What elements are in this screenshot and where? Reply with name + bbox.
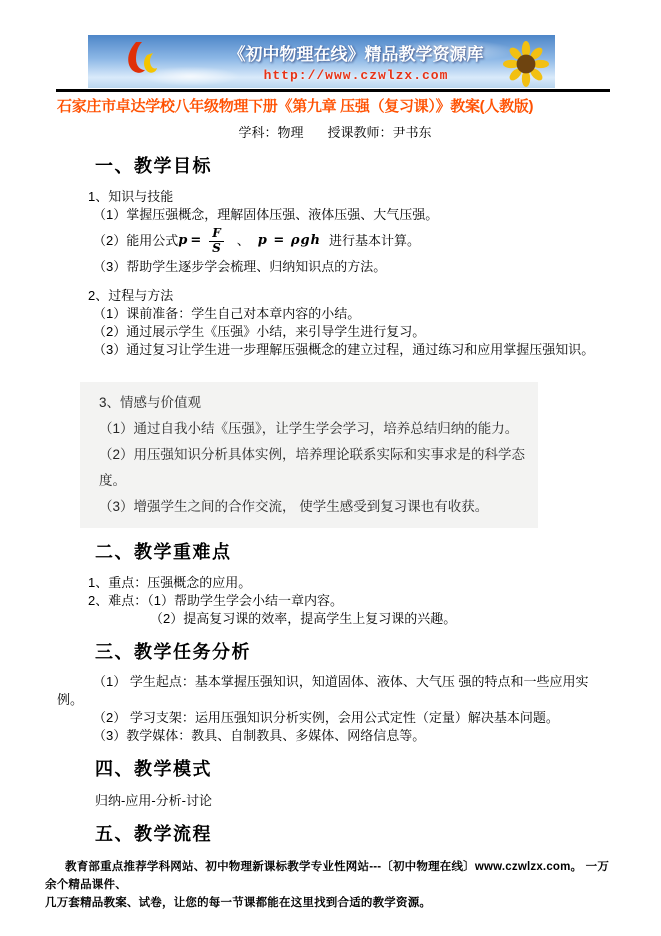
knowledge-item-2: （2）能用公式 p = F S 、 p = ρgh 进行基本计算。 (93, 224, 613, 258)
document-body: 石家庄市卓达学校八年级物理下册《第九章 压强（复习课）》教案(人教版) 学科：物… (57, 98, 613, 845)
knowledge-item-3: （3）帮助学生逐步学会梳理、归纳知识点的方法。 (93, 258, 613, 276)
section-heading-mode: 四、教学模式 (95, 758, 613, 780)
process-item-3: （3）通过复习让学生进一步理解压强概念的建立过程，通过练习和应用掌握压强知识。 (57, 341, 613, 359)
meta-teacher: 授课教师：尹书东 (328, 125, 432, 140)
process-item-2: （2）通过展示学生《压强》小结，来引导学生进行复习。 (93, 323, 613, 341)
subsection-process-title: 2、过程与方法 (88, 287, 613, 305)
liquid-pressure-formula: p = ρgh (258, 232, 321, 250)
emotion-item-3: （3）增强学生之间的合作交流， 使学生感受到复习课也有收获。 (99, 494, 532, 520)
page-footer: 教育部重点推荐学科网站、初中物理新课标教学专业性网站---〔初中物理在线〕www… (45, 858, 620, 912)
task-item-1: （1） 学生起点：基本掌握压强知识，知道固体、液体、大气压 强的特点和一些应用实… (57, 673, 613, 709)
section-heading-flow: 五、教学流程 (95, 823, 613, 845)
emotion-item-1: （1）通过自我小结《压强》，让学生学会学习，培养总结归纳的能力。 (99, 416, 532, 442)
task-item-3: （3）教学媒体：教具、自制教具、多媒体、网络信息等。 (93, 727, 613, 745)
banner-site-url: http://www.czwlzx.com (206, 68, 506, 83)
footer-line-2: 几万套精品教案、试卷，让您的每一节课都能在这里找到合适的教学资源。 (45, 894, 620, 912)
key-point-item-2: 2、难点：（1）帮助学生学会小结一章内容。 (88, 592, 613, 610)
task-item-2: （2） 学习支架：运用压强知识分析实例，会用公式定性（定量）解决基本问题。 (93, 709, 613, 727)
fraction-numerator: F (209, 227, 224, 242)
section-heading-task-analysis: 三、教学任务分析 (95, 641, 613, 663)
mode-content: 归纳-应用-分析-讨论 (95, 792, 613, 810)
section-heading-key-points: 二、教学重难点 (95, 541, 613, 563)
document-meta: 学科：物理授课教师：尹书东 (57, 124, 613, 142)
header-divider (56, 89, 610, 92)
banner-site-title: 《初中物理在线》精品教学资源库 (206, 40, 506, 65)
knowledge-item-1: （1）掌握压强概念，理解固体压强、液体压强、大气压强。 (93, 206, 613, 224)
process-item-1: （1）课前准备：学生自己对本章内容的小结。 (93, 305, 613, 323)
subsection-emotion-title: 3、情感与价值观 (99, 390, 532, 416)
emotion-item-2: （2）用压强知识分析具体实例，培养理论联系实际和实事求是的科学态度。 (99, 442, 532, 494)
pressure-formula-lhs: p (178, 232, 187, 250)
formula-separator: 、 (237, 232, 250, 250)
key-point-item-3: （2）提高复习课的效率，提高学生上复习课的兴趣。 (150, 610, 613, 628)
emotion-values-image-block: 3、情感与价值观 （1）通过自我小结《压强》，让学生学会学习，培养总结归纳的能力… (80, 382, 538, 528)
footer-line-1: 教育部重点推荐学科网站、初中物理新课标教学专业性网站---〔初中物理在线〕www… (45, 858, 620, 894)
subsection-knowledge-title: 1、知识与技能 (88, 188, 613, 206)
formula-suffix: 进行基本计算。 (329, 232, 420, 250)
pressure-formula-fraction: F S (209, 227, 224, 256)
page: { "banner": { "title": "《初中物理在线》精品教学资源库"… (0, 0, 661, 936)
site-banner: 《初中物理在线》精品教学资源库 http://www.czwlzx.com (88, 35, 555, 88)
document-title: 石家庄市卓达学校八年级物理下册《第九章 压强（复习课）》教案(人教版) (57, 98, 613, 116)
formula-prefix: （2）能用公式 (93, 232, 178, 250)
section-heading-goals: 一、教学目标 (95, 155, 613, 177)
pressure-formula-equals: = (190, 232, 201, 250)
sunflower-icon (503, 41, 549, 87)
key-point-item-1: 1、重点：压强概念的应用。 (88, 574, 613, 592)
site-logo-icon (120, 40, 164, 84)
fraction-denominator: S (212, 242, 221, 256)
meta-subject: 学科：物理 (238, 125, 303, 140)
